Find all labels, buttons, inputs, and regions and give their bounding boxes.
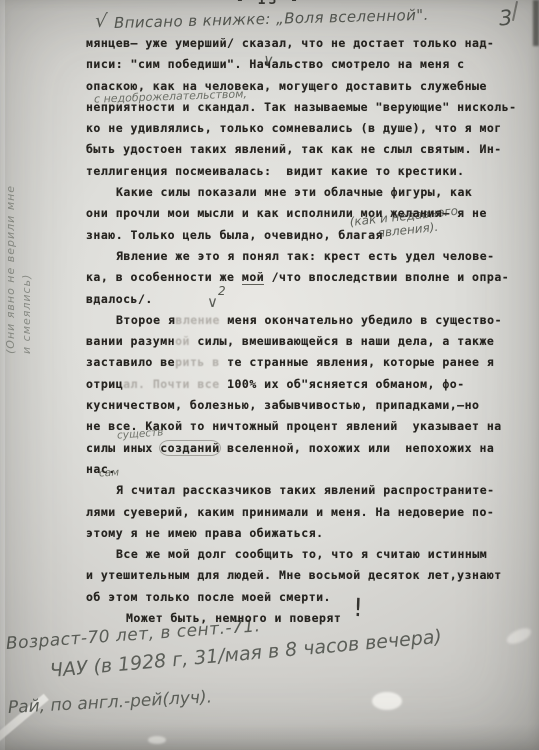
- typed-segment: ко не удивлялись, только сомневались (в …: [86, 121, 502, 135]
- typed-segment: вдалось/.: [86, 292, 153, 306]
- typed-segment: отриц: [86, 377, 123, 391]
- typed-segment: Я считал рассказчиков таких явлений расп…: [116, 483, 495, 497]
- crease-mark: [512, 1, 518, 21]
- typed-segment: вании разумн: [86, 334, 175, 348]
- margin-note-vertical: (Они явно не верили мне и смеялись): [3, 92, 35, 354]
- typed-line: мянцев— уже умерший/ сказал, что не дост…: [86, 33, 517, 54]
- typed-segment: мой: [242, 270, 264, 285]
- typed-segment: вление: [175, 313, 220, 327]
- typed-segment: Может быть, немного и поверят: [126, 611, 341, 625]
- typed-segment: ал. Почти все: [123, 377, 220, 391]
- typed-segment: писи: "сим победиши". Начальство смотрел…: [86, 57, 465, 71]
- typed-segment: меня окончательно убедило в существо-: [220, 313, 502, 327]
- typed-segment: ой: [175, 334, 190, 348]
- typed-segment: силы, вмешивающейся в наши дела, а также: [190, 334, 494, 348]
- typed-segment: заставило ве: [86, 355, 175, 369]
- typed-line: они прочли мои мысли и как исполнили мои…: [86, 203, 517, 224]
- top-annotation: Вписано в книжке: „Воля вселенной".: [114, 6, 429, 32]
- typed-segment: лями суеверий, каким принимали и меня. Н…: [86, 505, 494, 519]
- typed-segment: этому я не имею права обижаться.: [86, 526, 324, 540]
- typed-line: лями суеверий, каким принимали и меня. Н…: [86, 502, 517, 523]
- typed-line: вании разумной силы, вмешивающейся в наш…: [86, 331, 517, 352]
- typed-line: ка, в особенности же мой /что впоследств…: [86, 267, 517, 288]
- typed-segment: 100% их об"ясняется обманом, фо-: [220, 377, 465, 391]
- typed-segment: Все же мой долг сообщить то, что я счита…: [116, 547, 487, 561]
- typed-line: силы иных созданий вселенной, похожих ил…: [86, 438, 517, 459]
- typed-segment: те странные явления, которые ранее я: [220, 355, 495, 369]
- typed-segment: опаскою, как на человека, могущего доста…: [86, 79, 487, 93]
- typed-line: Все же мой долг сообщить то, что я счита…: [86, 544, 517, 565]
- typed-segment: ка, в особенности же: [86, 270, 242, 284]
- typed-segment: и утешительным для людей. Мне восьмой де…: [86, 568, 502, 582]
- typed-line: не все. Какой то ничтожный процент явлен…: [86, 416, 517, 437]
- typed-line: быть удостоен таких явлений, так как не …: [86, 139, 517, 160]
- typed-line: Явление же это я понял так: крест есть у…: [86, 246, 517, 267]
- typed-segment: знаю. Только цель была, очевидно, благая: [86, 228, 383, 242]
- typed-line: нас.: [86, 459, 517, 480]
- sheet-number: 3: [498, 6, 513, 31]
- typed-line: кусничеством, болезнью, забывчивостью, п…: [86, 395, 517, 416]
- typed-segment: не все. Какой то ничтожный процент явлен…: [86, 419, 502, 433]
- bottom-note-ray: Рай, по англ.-рей(луч).: [7, 687, 212, 718]
- typed-line: отрицал. Почти все 100% их об"ясняется о…: [86, 374, 517, 395]
- typed-line: опаскою, как на человека, могущего доста…: [86, 76, 517, 97]
- typed-text: мянцев— уже умерший/ сказал, что не дост…: [86, 33, 517, 629]
- typed-line: знаю. Только цель была, очевидно, благая: [86, 225, 517, 246]
- typed-line: неприятности и скандал. Так называемые "…: [86, 97, 517, 118]
- typed-line: этому я не имею права обижаться.: [86, 523, 517, 544]
- typed-segment: Второе я: [116, 313, 175, 327]
- typed-line: писи: "сим победиши". Начальство смотрел…: [86, 54, 517, 75]
- typed-line: теллигенция посмеивалась: видит какие то…: [86, 161, 517, 182]
- typed-segment: вселенной, похожих или непохожих на: [220, 441, 495, 455]
- typed-segment: /что впоследствии вполне и опра-: [264, 270, 509, 284]
- typed-segment: они прочли мои мысли и как исполнили мои…: [86, 206, 487, 220]
- typed-segment: об этом только после моей смерти.: [86, 590, 331, 604]
- typed-segment: теллигенция посмеивалась: видит какие то…: [86, 164, 465, 178]
- typed-segment: мянцев— уже умерший/ сказал, что не дост…: [86, 36, 494, 50]
- corner-dark-mark: [533, 0, 539, 46]
- typed-segment: быть удостоен таких явлений, так как не …: [86, 142, 502, 156]
- typed-segment: нас.: [86, 462, 116, 476]
- typed-segment: рить в: [175, 355, 220, 369]
- typed-line: Я считал рассказчиков таких явлений расп…: [86, 480, 517, 501]
- typed-line: и утешительным для людей. Мне восьмой де…: [86, 565, 517, 586]
- check-mark-icon: √: [94, 9, 108, 32]
- typed-segment: созданий: [160, 441, 219, 455]
- typed-segment: Какие силы показали мне эти облачные фиг…: [116, 185, 472, 199]
- typed-segment: неприятности и скандал. Так называемые "…: [86, 100, 517, 114]
- paper-damage-spot: [148, 736, 166, 744]
- typed-line: об этом только после моей смерти.: [86, 587, 517, 608]
- typed-line: ко не удивлялись, только сомневались (в …: [86, 118, 517, 139]
- typed-segment: силы иных: [86, 441, 160, 455]
- typed-line: Второе явление меня окончательно убедило…: [86, 310, 517, 331]
- paper-damage-spot: [372, 692, 402, 710]
- typed-segment: кусничеством, болезнью, забывчивостью, п…: [86, 398, 479, 412]
- typed-line: вдалось/.: [86, 289, 517, 310]
- bottom-shadow: [0, 724, 539, 750]
- page-number: - 13 -: [236, 0, 301, 8]
- typed-segment: Явление же это я понял так: крест есть у…: [116, 249, 495, 263]
- document-page: - 13 - √ Вписано в книжке: „Воля вселенн…: [0, 0, 539, 750]
- typed-line: Может быть, немного и поверят: [86, 608, 517, 629]
- typed-line: Какие силы показали мне эти облачные фиг…: [86, 182, 517, 203]
- typed-line: заставило верить в те странные явления, …: [86, 352, 517, 373]
